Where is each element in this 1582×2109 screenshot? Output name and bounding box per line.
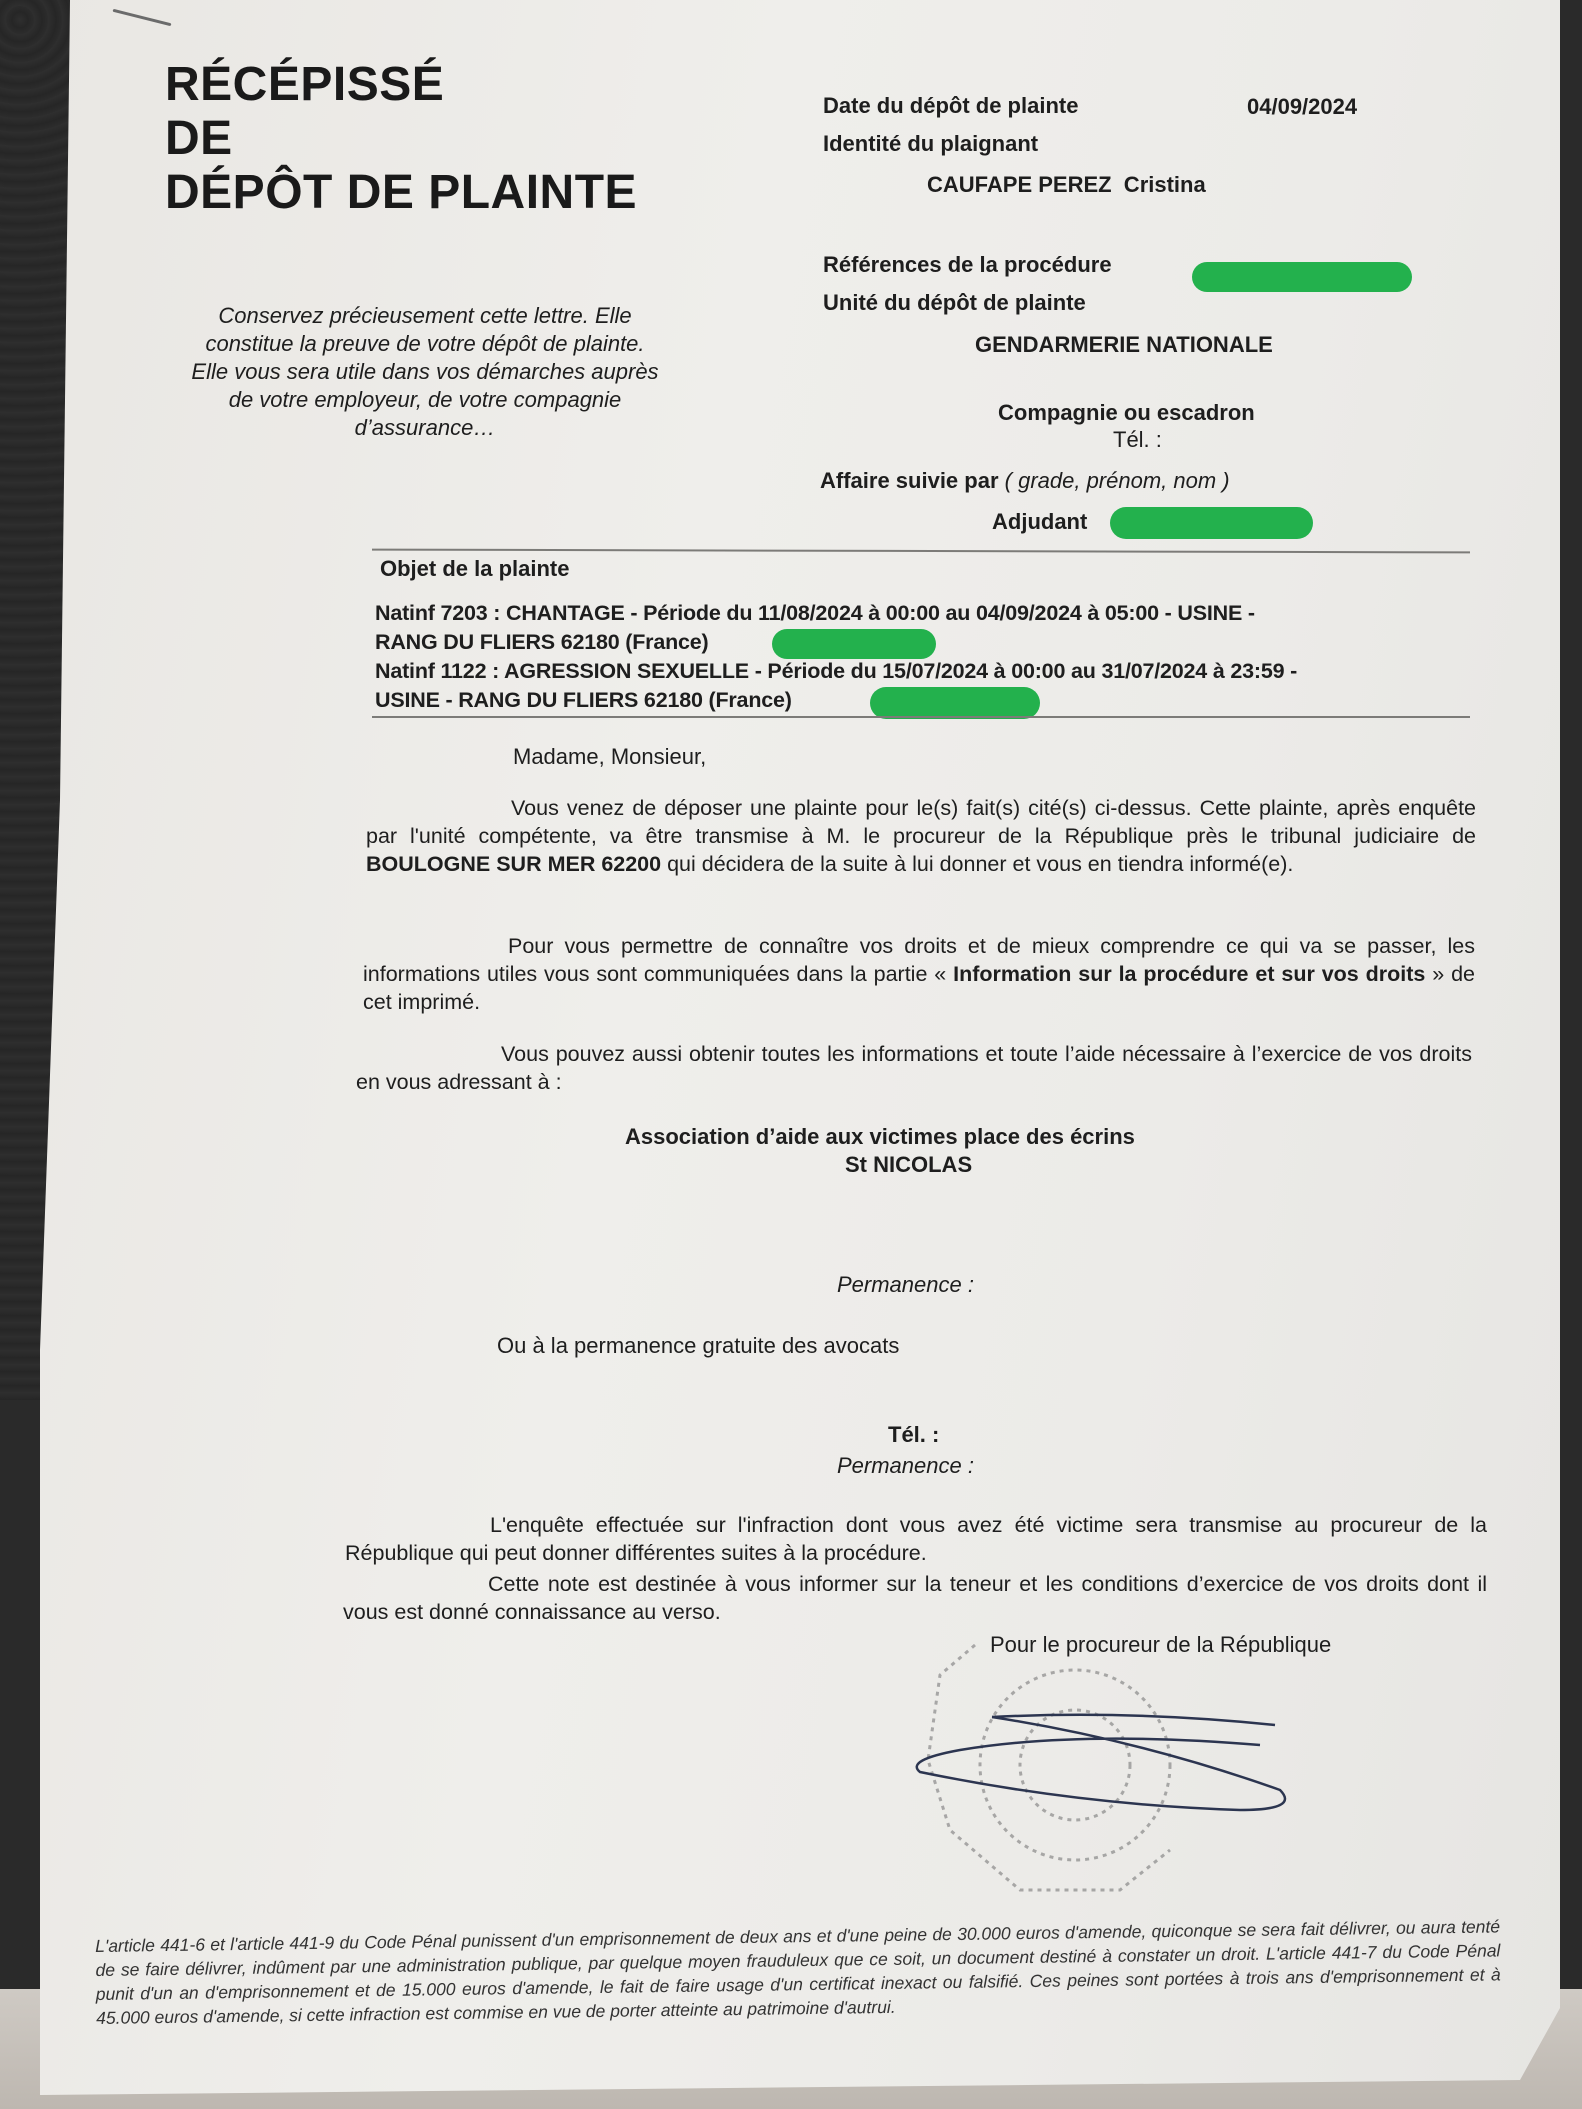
p4-text: L'enquête effectuée sur l'infraction don… (345, 1513, 1487, 1565)
salutation: Madame, Monsieur, (513, 742, 706, 771)
paragraph-1: Vous venez de déposer une plainte pour l… (366, 794, 1476, 878)
keep-note: Conservez précieusement cette lettre. El… (190, 302, 660, 442)
signature-icon (917, 1715, 1285, 1810)
official-stamp-icon (928, 1645, 1170, 1890)
unit-value: GENDARMERIE NATIONALE (975, 332, 1273, 358)
permanence-label-2: Permanence : (837, 1453, 974, 1479)
date-value: 04/09/2024 (1247, 94, 1357, 120)
reference-label: Références de la procédure (823, 252, 1112, 278)
natinf-2-line2: USINE - RANG DU FLIERS 62180 (France) (375, 688, 792, 713)
title-line-1: RÉCÉPISSÉ (165, 58, 637, 112)
stamp-and-signature (880, 1600, 1300, 1900)
company-label: Compagnie ou escadron (998, 400, 1255, 426)
lawyers-permanence: Ou à la permanence gratuite des avocats (497, 1331, 899, 1360)
paragraph-4: L'enquête effectuée sur l'infraction don… (345, 1511, 1487, 1567)
officer-grade: Adjudant (992, 509, 1087, 535)
permanence-label-1: Permanence : (837, 1272, 974, 1298)
p1-text-a: Vous venez de déposer une plainte pour l… (366, 796, 1476, 848)
legal-footer: L'article 441-6 et l'article 441-9 du Co… (95, 1914, 1501, 2030)
info-section-name: Information sur la procédure et sur vos … (953, 962, 1425, 986)
divider-bottom (372, 716, 1470, 718)
title-line-3: DÉPÔT DE PLAINTE (165, 166, 637, 220)
date-label: Date du dépôt de plainte (823, 93, 1078, 119)
identity-label: Identité du plaignant (823, 131, 1038, 157)
reference-redaction (1192, 262, 1412, 292)
followed-by-hint: ( grade, prénom, nom ) (1005, 468, 1230, 493)
paragraph-2: Pour vous permettre de connaître vos dro… (363, 932, 1475, 1016)
followed-by-text: Affaire suivie par (820, 468, 999, 493)
tribunal-name: BOULOGNE SUR MER 62200 (366, 852, 661, 876)
p1-text-b: qui décidera de la suite à lui donner et… (661, 852, 1293, 876)
objet-label: Objet de la plainte (380, 556, 569, 582)
natinf-1-line1: Natinf 7203 : CHANTAGE - Période du 11/0… (375, 601, 1255, 626)
association-line-1: Association d’aide aux victimes place de… (625, 1124, 1135, 1150)
company-tel: Tél. : (1113, 427, 1162, 453)
p3-text: Vous pouvez aussi obtenir toutes les inf… (356, 1042, 1472, 1094)
natinf-1-line2: RANG DU FLIERS 62180 (France) (375, 630, 709, 655)
natinf-2-redaction (870, 687, 1040, 719)
title-line-2: DE (165, 112, 637, 166)
association-line-2: St NICOLAS (845, 1152, 972, 1178)
document-title: RÉCÉPISSÉ DE DÉPÔT DE PLAINTE (165, 58, 637, 220)
natinf-1-redaction (772, 629, 936, 659)
officer-name-redaction (1110, 507, 1313, 539)
unit-label: Unité du dépôt de plainte (823, 290, 1086, 316)
paragraph-3: Vous pouvez aussi obtenir toutes les inf… (356, 1040, 1472, 1096)
natinf-2-line1: Natinf 1122 : AGRESSION SEXUELLE - Pério… (375, 659, 1297, 684)
followed-by-label: Affaire suivie par ( grade, prénom, nom … (820, 468, 1230, 494)
complainant-name: CAUFAPE PEREZ Cristina (927, 172, 1206, 198)
tel-label: Tél. : (888, 1422, 939, 1448)
